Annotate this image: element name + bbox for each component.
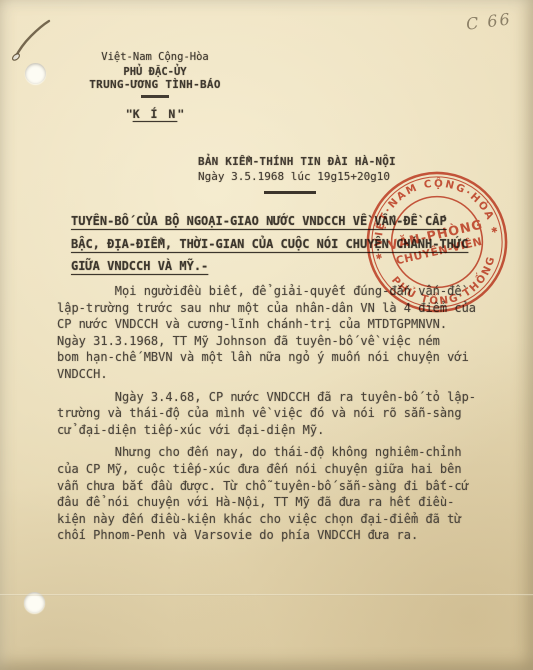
letterhead-department: TRUNG-ƯƠNG TÌNH-BÁO — [60, 78, 250, 91]
letterhead-rule — [141, 95, 169, 98]
paragraph-3: Nhưng cho đến nay, do thái-độ không nghi… — [57, 444, 491, 544]
presidential-office-stamp: VIỆT·NAM CỘNG·HÒA PHỦ TỔNG·THỐNG ✱ ✱ VĂN… — [348, 153, 525, 330]
document-date-line: Ngày 3.5.1968 lúc 19g15+20g10 — [198, 170, 396, 183]
punch-hole-bottom — [24, 592, 45, 613]
letterhead-country: Việt-Nam Cộng-Hòa — [60, 51, 250, 63]
letterhead-agency: PHỦ ĐẶC-ỦY — [60, 66, 250, 78]
pen-scribble-mark — [4, 8, 59, 66]
punch-hole-top — [25, 63, 46, 84]
title-rule — [264, 191, 316, 194]
stamp-star-left: ✱ — [375, 252, 384, 262]
handwritten-corner-note: C 66 — [465, 9, 513, 33]
classification-marking: "K Í N" — [60, 107, 250, 121]
paragraph-2: Ngày 3.4.68, CP nước VNDCCH đã ra tuyên-… — [57, 389, 491, 439]
document-body: Mọi ngườiđều biết, để giải-quyết đúng-đắ… — [57, 283, 491, 550]
document-page: C 66 Việt-Nam Cộng-Hòa PHỦ ĐẶC-ỦY TRUNG-… — [0, 0, 533, 670]
stamp-star-right: ✱ — [490, 225, 499, 235]
letterhead: Việt-Nam Cộng-Hòa PHỦ ĐẶC-ỦY TRUNG-ƯƠNG … — [60, 51, 250, 121]
classification-open-quote: " — [126, 107, 133, 121]
classification-close-quote: " — [177, 107, 184, 121]
document-title: BẢN KIỂM-THÍNH TIN ĐÀI HÀ-NỘI — [198, 155, 396, 168]
classification-text: K Í N — [133, 107, 178, 121]
paper-fold-line — [0, 594, 533, 596]
